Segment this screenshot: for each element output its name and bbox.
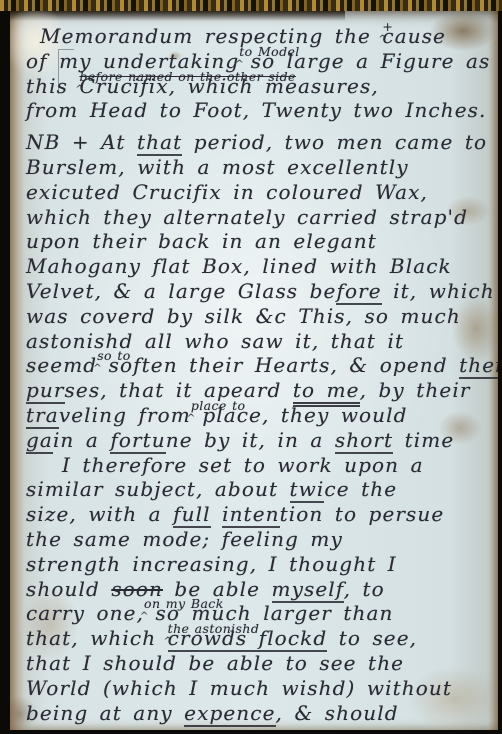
text-segment: time [393, 428, 454, 452]
text-segment: tra [26, 403, 59, 429]
manuscript-line: World (which I much wishd) without [26, 676, 490, 701]
manuscript-line: which they alternately carried strap'd [26, 205, 490, 230]
text-segment: similar subject, about [26, 477, 290, 501]
manuscript-line: the same mode; feeling my [26, 527, 490, 552]
text-segment: which they alternately carried strap'd [26, 205, 468, 229]
manuscript-line: was coverd by silk &c This, so much [26, 304, 490, 329]
text-segment: ce the [324, 477, 397, 501]
manuscript-line: Velvet, & a large Glass before it, which [26, 279, 490, 304]
manuscript-line: that I should be able to see the [26, 651, 490, 676]
text-segment: this [26, 74, 79, 98]
text-segment: their [459, 353, 498, 379]
text-segment: period, two men came to [182, 130, 487, 154]
manuscript-text: Memorandum respecting the +causeof my un… [10, 11, 498, 730]
text-segment: exicuted Crucifix in coloured Wax, [26, 180, 428, 204]
manuscript-line: seemdso to soften their Hearts, & opend … [26, 353, 490, 378]
manuscript-line: NB + At that period, two men came to [26, 130, 490, 155]
text-segment: Memorandum respecting the [40, 24, 382, 48]
text-segment: soften their Hearts, & opend [97, 353, 459, 377]
manuscript-line: from Head to Foot, Twenty two Inches. [26, 98, 490, 123]
text-segment: full [173, 502, 210, 528]
text-segment: size, with a [26, 502, 173, 526]
manuscript-page: Memorandum respecting the +causeof my un… [10, 11, 498, 730]
text-segment: ga [26, 428, 53, 454]
photo-frame: Memorandum respecting the +causeof my un… [0, 0, 502, 734]
manuscript-line: that, which the astonishdcrowds flockd t… [26, 626, 490, 651]
text-segment: it, which [382, 279, 495, 303]
manuscript-line: Burslem, with a most excellently [26, 155, 490, 180]
text-segment: Burslem, with a most excellently [26, 155, 409, 179]
text-segment: Velvet, & a large Glass be [26, 279, 336, 303]
text-segment: , to [344, 577, 385, 601]
gilt-book-edge [0, 0, 502, 11]
text-segment: , by their [360, 378, 471, 402]
text-segment: was coverd by silk &c This, so much [26, 304, 461, 328]
text-segment: Mahogany flat Box, lined with Black [26, 254, 452, 278]
text-segment: that [137, 130, 182, 156]
text-segment: the same mode; feeling my [26, 527, 343, 551]
text-segment: NB + At [26, 130, 137, 154]
manuscript-line: should soon be able myself, to [26, 577, 490, 602]
text-segment: pur [26, 378, 65, 404]
text-segment: being at any [26, 701, 184, 725]
text-segment: twi [290, 477, 325, 503]
text-segment: veling from [59, 403, 191, 427]
text-segment: that I should be able to see the [26, 651, 404, 675]
manuscript-line: astonishd all who saw it, that it [26, 329, 490, 354]
text-segment: myself [272, 577, 344, 603]
text-segment: to see, [327, 626, 417, 650]
manuscript-line: upon their back in an elegant [26, 229, 490, 254]
text-segment: carry one, [26, 601, 144, 625]
text-segment: tion to persue [280, 502, 445, 526]
text-segment: fortu [110, 428, 165, 454]
text-segment: seemd [26, 353, 97, 377]
text-segment: upon their back in an elegant [26, 229, 377, 253]
text-segment: should [26, 577, 111, 601]
text-segment: expence [184, 701, 275, 727]
manuscript-line: I therefore set to work upon a [26, 453, 490, 478]
text-segment: fore [336, 279, 381, 305]
manuscript-line: size, with a full intention to persue [26, 502, 490, 527]
manuscript-line: Mahogany flat Box, lined with Black [26, 254, 490, 279]
text-segment: astonishd all who saw it, that it [26, 329, 404, 353]
manuscript-line: traveling fromplace to place, they would [26, 403, 490, 428]
text-segment: World (which I much wishd) without [26, 676, 452, 700]
text-segment [211, 502, 222, 526]
text-segment: inten [222, 502, 280, 528]
text-segment: in a [53, 428, 110, 452]
manuscript-line: strength increasing, I thought I [26, 552, 490, 577]
manuscript-line: being at any expence, & should [26, 701, 490, 726]
text-segment: I therefore set to work upon a [62, 453, 424, 477]
text-segment: , & should [276, 701, 399, 725]
manuscript-line: exicuted Crucifix in coloured Wax, [26, 180, 490, 205]
manuscript-line: this before named on the other sideCruci… [26, 74, 490, 99]
manuscript-line: gain a fortune by it, in a short time [26, 428, 490, 453]
text-segment: from Head to Foot, Twenty two Inches. [26, 98, 486, 122]
text-segment: strength increasing, I thought I [26, 552, 397, 576]
text-segment: short [335, 428, 393, 454]
manuscript-line: similar subject, about twice the [26, 477, 490, 502]
